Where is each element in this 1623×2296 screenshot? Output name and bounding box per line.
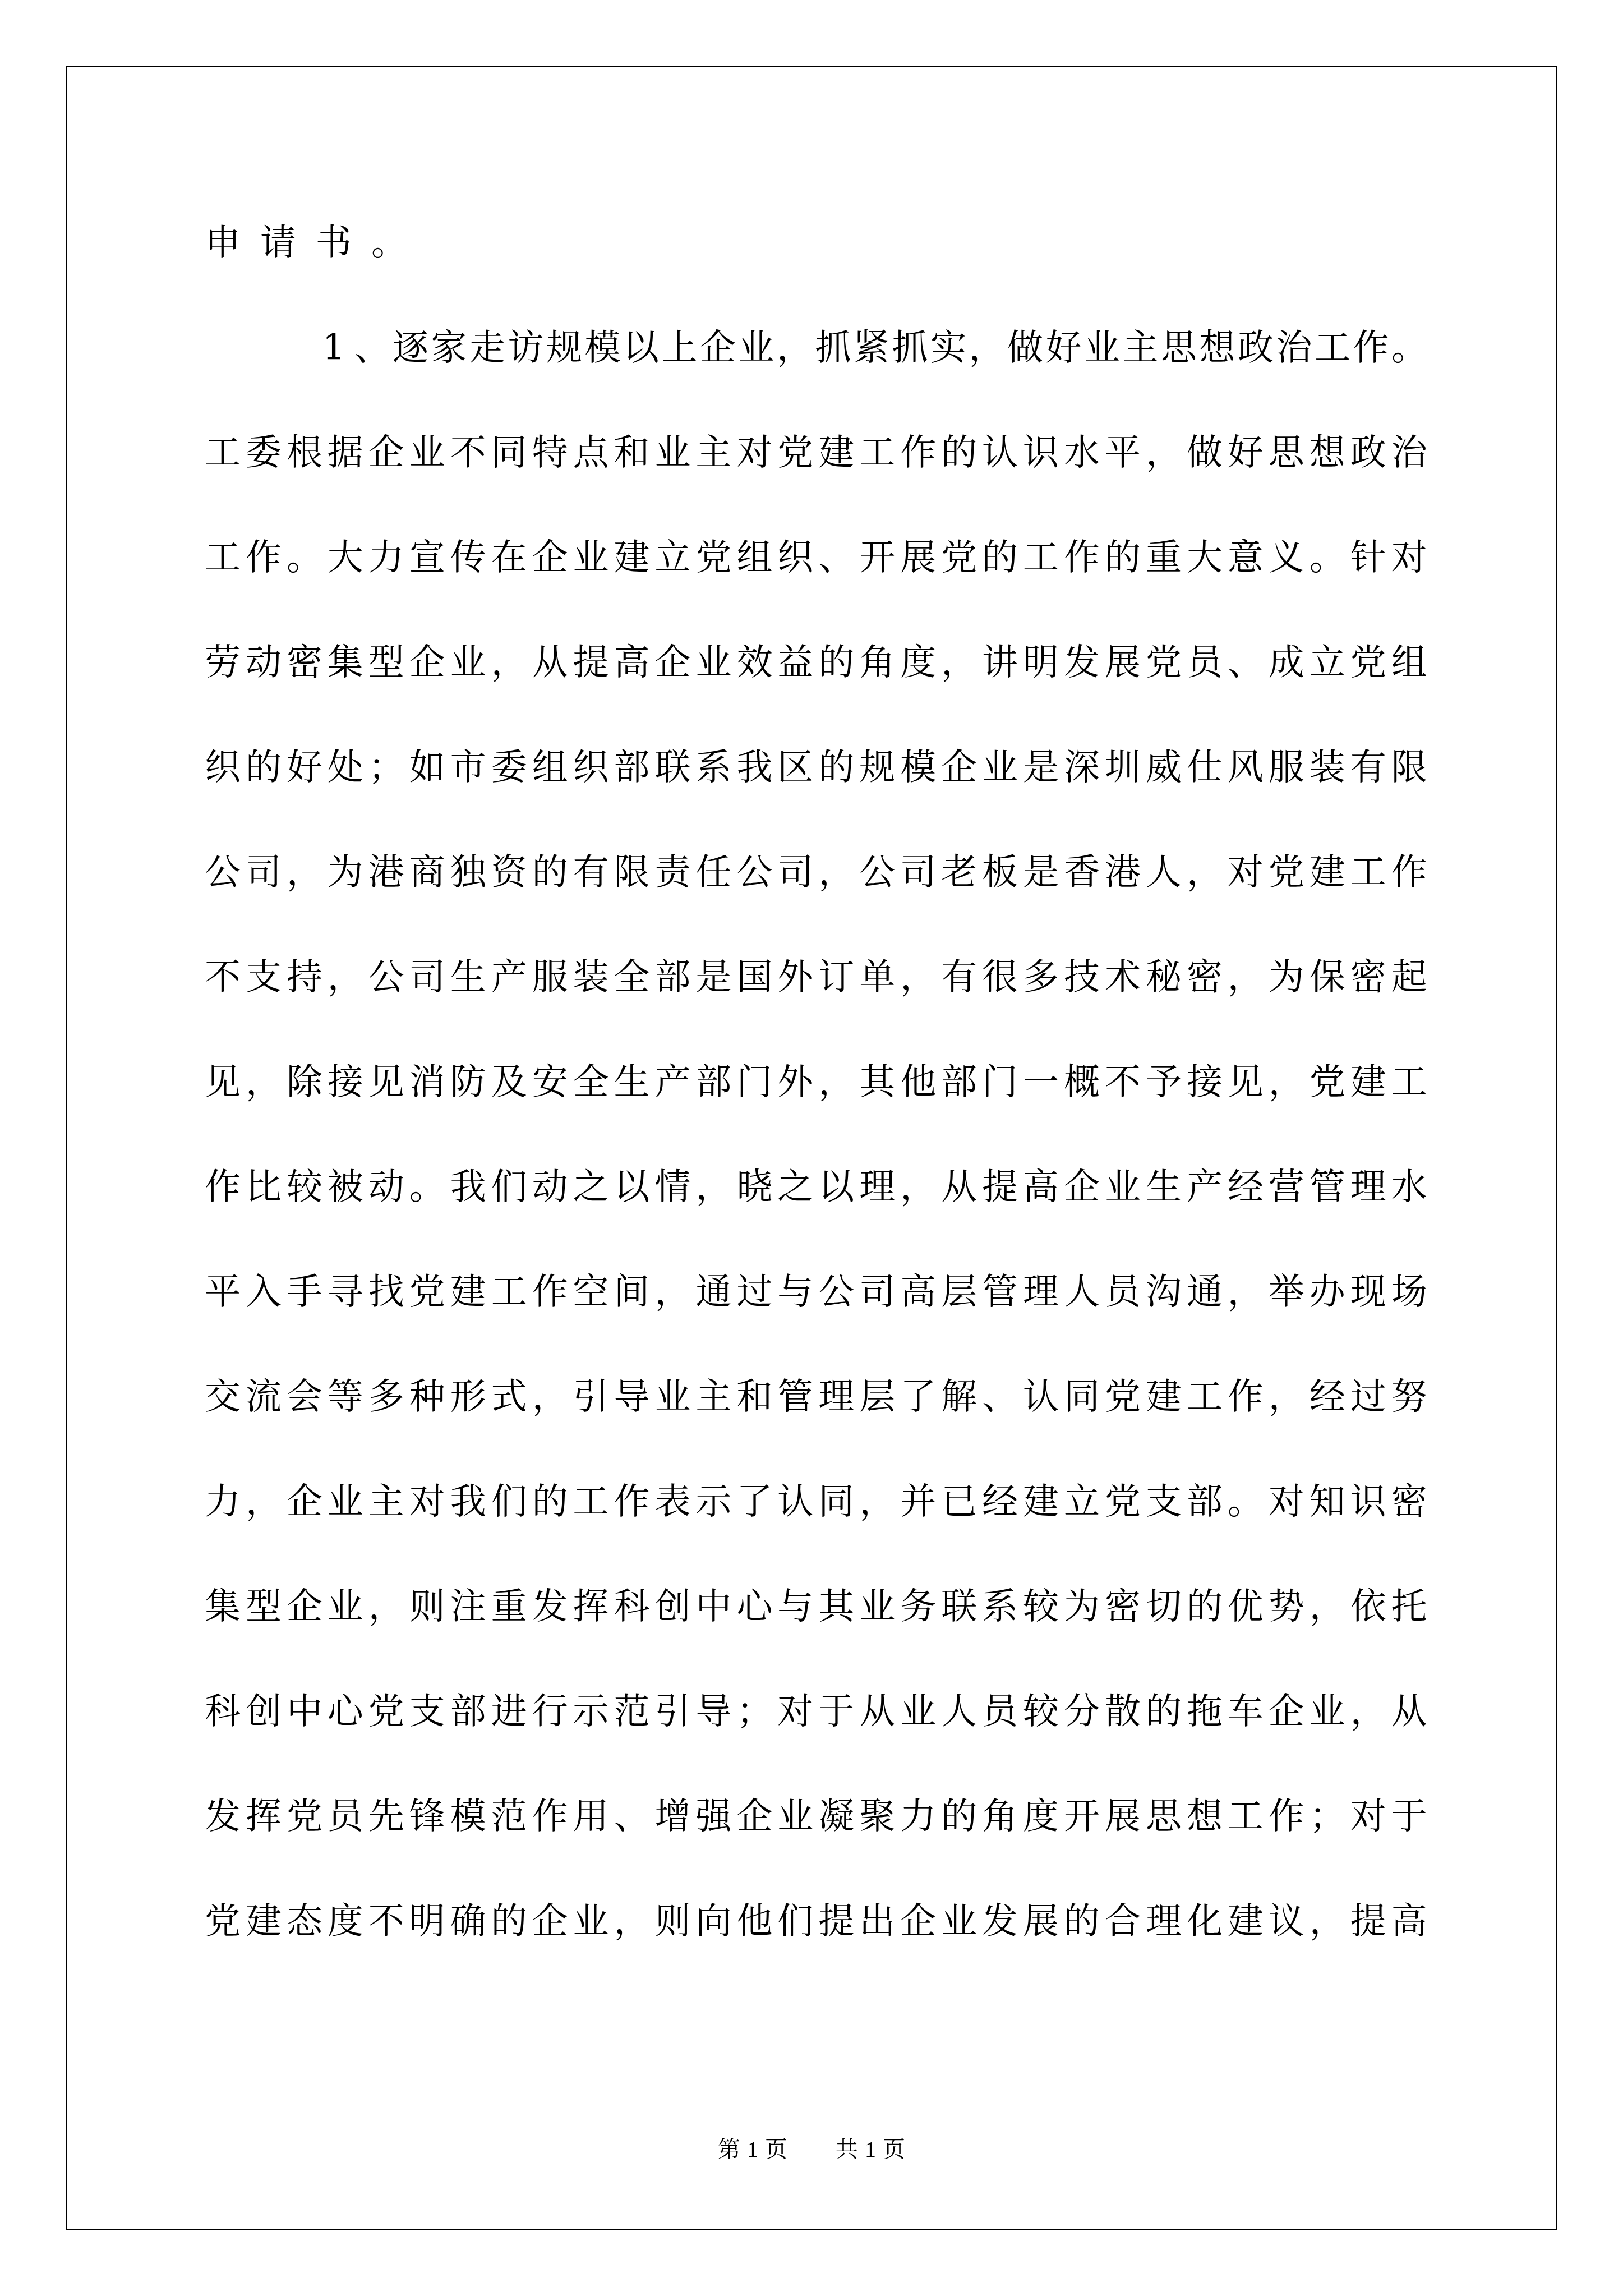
- text-char: 企: [941, 740, 977, 845]
- text-char: 的: [246, 740, 282, 845]
- text-char: ，: [969, 321, 1005, 426]
- text-char: 外: [777, 950, 813, 1055]
- text-char: 模: [450, 1789, 486, 1894]
- text-char: 政: [1350, 426, 1386, 531]
- text-char: 党: [287, 1789, 322, 1894]
- text-char: 党: [1269, 845, 1304, 950]
- text-char: 部: [941, 1055, 977, 1160]
- text-char: 模: [900, 740, 936, 845]
- text-char: 企: [700, 321, 736, 426]
- text-char: 发: [205, 1789, 241, 1894]
- text-char: 凝: [818, 1789, 854, 1894]
- text-char: ，: [941, 636, 977, 740]
- text-char: 经: [1310, 1370, 1345, 1475]
- text-char: 的: [818, 636, 854, 740]
- text-char: 为: [328, 845, 363, 950]
- text-char: 于: [1391, 1789, 1427, 1894]
- text-char: 党: [1105, 1370, 1141, 1475]
- text-char: 势: [1269, 1580, 1304, 1685]
- text-char: 从: [532, 636, 568, 740]
- text-char: 展: [1105, 1789, 1141, 1894]
- text-char: 业: [1084, 321, 1120, 426]
- text-char: ，: [900, 950, 936, 1055]
- text-char: 政: [1238, 321, 1274, 426]
- text-char: ，: [1310, 1894, 1345, 1999]
- text-char: 提: [1350, 1894, 1386, 1999]
- text-char: 强: [695, 1789, 731, 1894]
- text-char: 支: [246, 950, 282, 1055]
- text-char: 主: [695, 426, 731, 531]
- text-char: 。: [1228, 1475, 1264, 1580]
- text-char: 国: [736, 950, 772, 1055]
- text-char: 他: [900, 1055, 936, 1160]
- text-char: 的: [941, 426, 977, 531]
- text-char: 是: [1023, 845, 1059, 950]
- text-char: 他: [736, 1894, 772, 1999]
- text-char: 员: [328, 1789, 363, 1894]
- text-char: ，: [777, 321, 813, 426]
- text-char: 针: [1350, 531, 1386, 636]
- text-char: 装: [573, 950, 609, 1055]
- text-char: 情: [654, 1160, 690, 1265]
- text-char: 分: [1064, 1685, 1100, 1789]
- text-char: 理: [1023, 1265, 1059, 1370]
- text-char: 水: [1391, 1160, 1427, 1265]
- text-char: 商: [409, 845, 445, 950]
- text-char: 不: [368, 1894, 404, 1999]
- text-char: 我: [736, 740, 772, 845]
- total-pages: 1: [865, 2137, 876, 2162]
- text-char: 议: [1269, 1894, 1304, 1999]
- text-char: 一: [1023, 1055, 1059, 1160]
- text-char: 间: [614, 1265, 650, 1370]
- current-page: 1: [747, 2137, 758, 2162]
- text-char: 及: [491, 1055, 527, 1160]
- text-char: 织: [573, 740, 609, 845]
- text-char: 识: [1350, 1475, 1386, 1580]
- text-char: 建: [450, 1265, 486, 1370]
- text-char: 科: [614, 1580, 650, 1685]
- text-char: 织: [205, 740, 241, 845]
- text-char: 做: [1187, 426, 1223, 531]
- text-char: 实: [930, 321, 966, 426]
- text-char: 等: [328, 1370, 363, 1475]
- text-char: 角: [859, 636, 895, 740]
- text-char: 支: [1146, 1475, 1182, 1580]
- text-char: 生: [1146, 1160, 1182, 1265]
- text-char: 先: [368, 1789, 404, 1894]
- text-char: 们: [491, 1160, 527, 1265]
- text-char: 规: [546, 321, 582, 426]
- text-char: 。: [1310, 531, 1345, 636]
- text-char: 的: [982, 531, 1018, 636]
- text-char: 防: [450, 1055, 486, 1160]
- text-char: 提: [982, 1160, 1018, 1265]
- text-char: 高: [1023, 1160, 1059, 1265]
- text-char: 思: [1146, 1789, 1182, 1894]
- text-char: 示: [573, 1685, 609, 1789]
- text-char: 老: [941, 845, 977, 950]
- text-char: 。: [1391, 321, 1427, 426]
- text-char: 锋: [409, 1789, 445, 1894]
- text-char: 工: [205, 426, 241, 531]
- text-char: 流: [246, 1370, 282, 1475]
- text-line: 集型企业，则注重发挥科创中心与其业务联系较为密切的优势，依托: [205, 1580, 1427, 1685]
- text-char: 注: [450, 1580, 486, 1685]
- text-char: 党: [1310, 1055, 1345, 1160]
- page-total: 共1页: [832, 2137, 909, 2162]
- text-char: 企: [736, 1789, 772, 1894]
- text-char: 生: [450, 950, 486, 1055]
- text-char: 的: [532, 845, 568, 950]
- text-char: 开: [1064, 1789, 1100, 1894]
- text-char: 同: [491, 426, 527, 531]
- text-char: 秘: [1146, 950, 1182, 1055]
- text-char: 力: [368, 531, 404, 636]
- text-char: 党: [409, 1265, 445, 1370]
- text-char: 作: [614, 1475, 650, 1580]
- page-label-prefix: 第: [718, 2137, 740, 2162]
- text-char: 业: [695, 636, 731, 740]
- text-char: 作: [900, 426, 936, 531]
- text-char: 寻: [328, 1265, 363, 1370]
- text-char: 之: [777, 1160, 813, 1265]
- text-char: 切: [1146, 1580, 1182, 1685]
- text-char: 立: [1064, 1475, 1100, 1580]
- text-char: 并: [900, 1475, 936, 1580]
- text-char: 板: [982, 845, 1018, 950]
- text-char: 业: [941, 1894, 977, 1999]
- text-char: ，: [1146, 426, 1182, 531]
- text-char: 门: [982, 1055, 1018, 1160]
- text-char: 业: [982, 740, 1018, 845]
- text-char: 通: [1187, 1265, 1223, 1370]
- text-char: 的: [818, 740, 854, 845]
- text-char: 们: [777, 1894, 813, 1999]
- text-char: 企: [287, 1475, 322, 1580]
- total-label-prefix: 共: [836, 2137, 858, 2162]
- text-char: 手: [287, 1265, 322, 1370]
- text-char: 我: [450, 1475, 486, 1580]
- text-char: 系: [982, 1580, 1018, 1685]
- text-char: 展: [1023, 1894, 1059, 1999]
- text-char: 以: [623, 321, 659, 426]
- text-char: 人: [1146, 845, 1182, 950]
- text-char: 消: [409, 1055, 445, 1160]
- text-char: 创: [654, 1580, 690, 1685]
- text-char: 我: [450, 1160, 486, 1265]
- text-char: 较: [1023, 1580, 1059, 1685]
- text-char: 港: [1105, 845, 1141, 950]
- text-char: 想: [1200, 321, 1235, 426]
- text-char: 则: [654, 1894, 690, 1999]
- text-char: 讲: [982, 636, 1018, 740]
- text-char: 企: [409, 636, 445, 740]
- text-char: 党: [777, 426, 813, 531]
- text-char: 业: [328, 1475, 363, 1580]
- text-char: 高: [614, 636, 650, 740]
- text-char: 织: [777, 531, 813, 636]
- text-char: 员: [1105, 1265, 1141, 1370]
- text-char: 、: [982, 1370, 1018, 1475]
- text-char: 产: [1187, 1160, 1223, 1265]
- text-char: 型: [368, 636, 404, 740]
- text-char: 委: [246, 426, 282, 531]
- text-char: 建: [1146, 1370, 1182, 1475]
- text-char: 空: [573, 1265, 609, 1370]
- text-char: 司: [409, 950, 445, 1055]
- text-char: 经: [982, 1475, 1018, 1580]
- text-char: 度: [1023, 1789, 1059, 1894]
- text-char: 多: [368, 1370, 404, 1475]
- text-char: 业: [573, 1894, 609, 1999]
- text-char: 建: [246, 1894, 282, 1999]
- text-char: 层: [941, 1265, 977, 1370]
- text-char: 建: [1228, 1894, 1264, 1999]
- text-char: 党: [205, 1894, 241, 1999]
- text-char: 会: [287, 1370, 322, 1475]
- text-char: 、: [1228, 636, 1264, 740]
- text-line: 见，除接见消防及安全生产部门外，其他部门一概不予接见，党建工: [205, 1055, 1427, 1160]
- text-char: 作: [246, 531, 282, 636]
- text-char: ，: [1228, 950, 1264, 1055]
- text-char: 人: [1064, 1265, 1100, 1370]
- text-char: 找: [368, 1265, 404, 1370]
- text-char: 平: [1105, 426, 1141, 531]
- text-char: 业: [900, 1685, 936, 1789]
- text-char: 化: [1187, 1894, 1223, 1999]
- text-char: 书: [316, 216, 352, 321]
- text-char: 安: [532, 1055, 568, 1160]
- text-line: 作比较被动。我们动之以情，晓之以理，从提高企业生产经营管理水: [205, 1160, 1427, 1265]
- text-char: 全: [573, 1055, 609, 1160]
- text-char: 义: [1269, 531, 1304, 636]
- text-line: 织的好处；如市委组织部联系我区的规模企业是深圳威仕风服装有限: [205, 740, 1427, 845]
- document-body: 申请书。 1、逐家走访规模以上企业，抓紧抓实，做好业主思想政治工作。 工委根据企…: [205, 216, 1427, 1999]
- text-char: 范: [491, 1789, 527, 1894]
- text-char: 引: [573, 1370, 609, 1475]
- text-char: 对: [409, 1475, 445, 1580]
- text-char: 其: [818, 1580, 854, 1685]
- text-char: 作: [532, 1265, 568, 1370]
- text-char: 资: [491, 845, 527, 950]
- text-char: 出: [859, 1894, 895, 1999]
- text-char: 委: [491, 740, 527, 845]
- text-char: 与: [777, 1580, 813, 1685]
- text-char: 作: [1391, 845, 1427, 950]
- text-char: ，: [1310, 1580, 1345, 1685]
- text-char: 聚: [859, 1789, 895, 1894]
- text-char: 企: [287, 1580, 322, 1685]
- text-line: 平入手寻找党建工作空间，通过与公司高层管理人员沟通，举办现场: [205, 1265, 1427, 1370]
- text-char: 主: [1123, 321, 1159, 426]
- text-char: 业: [1105, 1160, 1141, 1265]
- text-char: 部: [614, 740, 650, 845]
- text-char: 交: [205, 1370, 241, 1475]
- text-char: 立: [654, 531, 690, 636]
- text-char: 以: [614, 1160, 650, 1265]
- total-label-suffix: 页: [883, 2137, 905, 2162]
- text-char: 在: [491, 531, 527, 636]
- text-char: 同: [818, 1475, 854, 1580]
- text-char: 业: [654, 1370, 690, 1475]
- text-line: 发挥党员先锋模范作用、增强企业凝聚力的角度开展思想工作；对于: [205, 1789, 1427, 1894]
- text-char: 密: [1391, 1475, 1427, 1580]
- text-char: ；: [1310, 1789, 1345, 1894]
- text-char: 企: [900, 1894, 936, 1999]
- text-char: 香: [1064, 845, 1100, 950]
- text-char: 立: [1310, 636, 1345, 740]
- text-char: 入: [246, 1265, 282, 1370]
- text-char: 的: [941, 1789, 977, 1894]
- text-char: 作: [205, 1160, 241, 1265]
- text-char: 1: [316, 321, 352, 426]
- text-char: 术: [1105, 950, 1141, 1055]
- text-char: 装: [1310, 740, 1345, 845]
- text-char: 部: [654, 950, 690, 1055]
- text-char: 服: [1269, 740, 1304, 845]
- text-char: 明: [409, 1894, 445, 1999]
- text-char: 重: [491, 1580, 527, 1685]
- text-char: 部: [695, 1055, 731, 1160]
- text-char: 治: [1276, 321, 1312, 426]
- text-char: 建: [818, 426, 854, 531]
- text-char: 比: [246, 1160, 282, 1265]
- text-char: 增: [654, 1789, 690, 1894]
- text-char: 接: [328, 1055, 363, 1160]
- text-char: 理: [859, 1160, 895, 1265]
- text-char: 们: [491, 1475, 527, 1580]
- text-char: 企: [654, 636, 690, 740]
- text-char: 发: [1064, 636, 1100, 740]
- text-char: 市: [450, 740, 486, 845]
- text-char: ，: [368, 1580, 404, 1685]
- text-char: 的: [1064, 1894, 1100, 1999]
- text-char: 请: [260, 216, 296, 321]
- text-char: 企: [1064, 1160, 1100, 1265]
- text-char: ，: [1187, 845, 1223, 950]
- text-char: 营: [1269, 1160, 1304, 1265]
- text-char: 生: [614, 1055, 650, 1160]
- text-char: 认: [777, 1475, 813, 1580]
- text-char: 创: [246, 1685, 282, 1789]
- text-char: 于: [818, 1685, 854, 1789]
- text-char: 散: [1105, 1685, 1141, 1789]
- text-char: 种: [409, 1370, 445, 1475]
- text-char: 想: [1187, 1789, 1223, 1894]
- text-char: ，: [859, 1475, 895, 1580]
- text-char: ，: [654, 1265, 690, 1370]
- text-char: 提: [818, 1894, 854, 1999]
- text-char: 识: [1023, 426, 1059, 531]
- text-char: 作: [1269, 1789, 1304, 1894]
- text-char: 。: [409, 1160, 445, 1265]
- text-char: 企: [368, 426, 404, 531]
- text-line: 申请书。: [205, 216, 1427, 321]
- page-number: 第1页: [714, 2137, 791, 2162]
- text-char: 其: [859, 1055, 895, 1160]
- text-char: 保: [1310, 950, 1345, 1055]
- text-char: 有: [1350, 740, 1386, 845]
- text-char: 对: [1391, 531, 1427, 636]
- text-char: 场: [1391, 1265, 1427, 1370]
- text-char: 心: [328, 1685, 363, 1789]
- text-char: 产: [491, 950, 527, 1055]
- text-char: 工: [1315, 321, 1350, 426]
- text-char: 和: [736, 1370, 772, 1475]
- text-char: 组: [1391, 636, 1427, 740]
- text-char: 业: [409, 426, 445, 531]
- text-char: 作: [1064, 531, 1100, 636]
- text-char: 全: [614, 950, 650, 1055]
- text-char: 模: [585, 321, 621, 426]
- text-char: 见: [368, 1055, 404, 1160]
- text-char: 业: [573, 531, 609, 636]
- text-char: 心: [736, 1580, 772, 1685]
- text-char: 有: [573, 845, 609, 950]
- text-char: 订: [818, 950, 854, 1055]
- text-char: 建: [1350, 1055, 1386, 1160]
- text-char: 之: [573, 1160, 609, 1265]
- text-char: 司: [859, 1265, 895, 1370]
- text-char: 多: [1023, 950, 1059, 1055]
- text-char: 车: [1228, 1685, 1264, 1789]
- text-char: 工: [1228, 1789, 1264, 1894]
- text-char: 知: [1310, 1475, 1345, 1580]
- text-char: 过: [1350, 1370, 1386, 1475]
- text-char: 型: [246, 1580, 282, 1685]
- text-char: ，: [900, 1160, 936, 1265]
- text-char: 优: [1228, 1580, 1264, 1685]
- text-char: 工: [1187, 1370, 1223, 1475]
- text-char: 行: [532, 1685, 568, 1789]
- text-char: 中: [695, 1580, 731, 1685]
- text-char: 展: [900, 531, 936, 636]
- text-char: 导: [695, 1685, 731, 1789]
- text-char: ，: [1269, 1055, 1304, 1160]
- text-char: 业: [1310, 1685, 1345, 1789]
- text-line: 不支持，公司生产服装全部是国外订单，有很多技术秘密，为保密起: [205, 950, 1427, 1055]
- text-char: 不: [450, 426, 486, 531]
- text-char: 通: [695, 1265, 731, 1370]
- text-char: 企: [1269, 1685, 1304, 1789]
- text-char: 托: [1391, 1580, 1427, 1685]
- text-char: 办: [1310, 1265, 1345, 1370]
- text-char: 则: [409, 1580, 445, 1685]
- text-char: 角: [982, 1789, 1018, 1894]
- text-line: 党建态度不明确的企业，则向他们提出企业发展的合理化建议，提高: [205, 1894, 1427, 1999]
- text-char: 效: [736, 636, 772, 740]
- text-char: 对: [777, 1685, 813, 1789]
- text-char: 动: [532, 1160, 568, 1265]
- text-char: 联: [654, 740, 690, 845]
- text-char: 平: [205, 1265, 241, 1370]
- text-char: 圳: [1105, 740, 1141, 845]
- text-char: 努: [1391, 1370, 1427, 1475]
- text-char: 。: [287, 531, 322, 636]
- text-char: 度: [328, 1894, 363, 1999]
- text-char: 区: [777, 740, 813, 845]
- text-char: 发: [532, 1580, 568, 1685]
- text-char: 力: [900, 1789, 936, 1894]
- text-char: 除: [287, 1055, 322, 1160]
- text-char: 管: [777, 1370, 813, 1475]
- text-char: 。: [371, 216, 407, 321]
- text-char: 家: [431, 321, 467, 426]
- text-char: 港: [368, 845, 404, 950]
- text-char: 务: [900, 1580, 936, 1685]
- text-char: 力: [205, 1475, 241, 1580]
